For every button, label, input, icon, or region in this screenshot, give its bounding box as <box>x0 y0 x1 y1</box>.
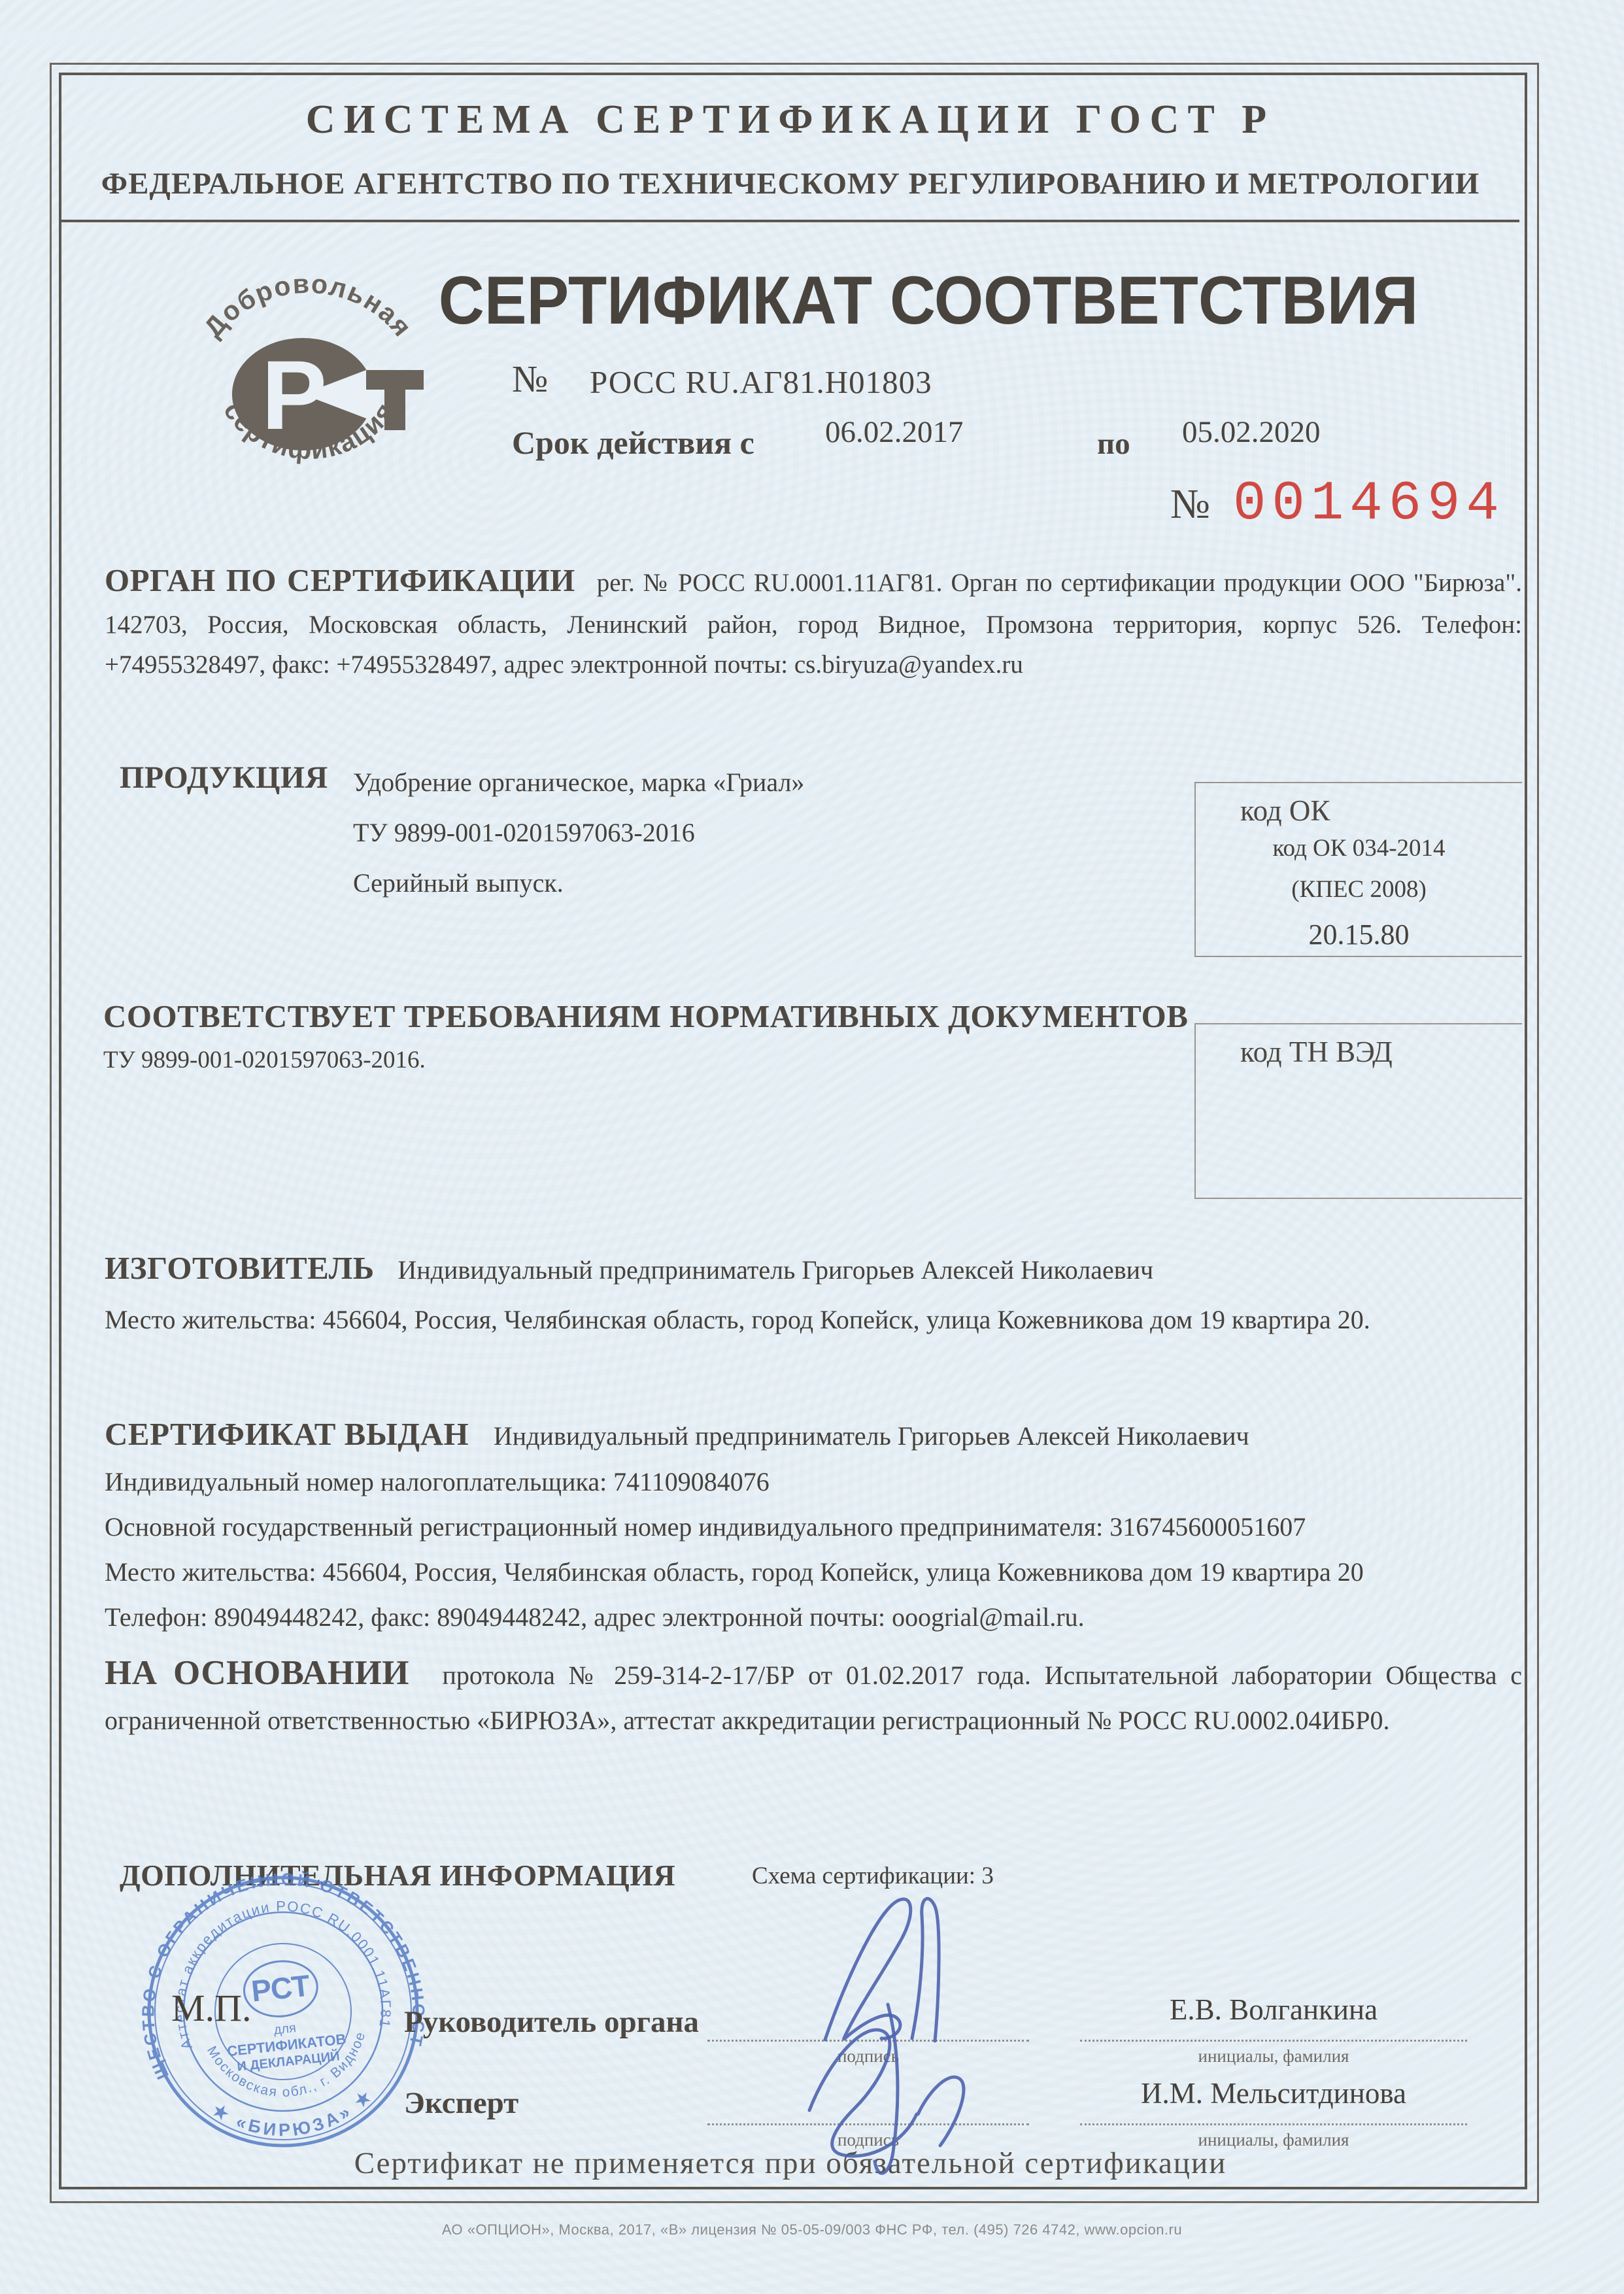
issued-to-section: СЕРТИФИКАТ ВЫДАН Индивидуальный предприн… <box>105 1409 1522 1640</box>
printer-imprint: АО «ОПЦИОН», Москва, 2017, «В» лицензия … <box>0 2221 1624 2238</box>
logo-arc-top: Добровольная <box>198 269 418 343</box>
form-number-sign: № <box>1170 480 1210 528</box>
tnved-code-box: код ТН ВЭД <box>1194 1023 1522 1199</box>
head-of-body-label: Руководитель органа <box>404 2004 699 2040</box>
product-line-1: Удобрение органическое, марка «Гриал» <box>353 757 1177 807</box>
agency-line: ФЕДЕРАЛЬНОЕ АГЕНТСТВО ПО ТЕХНИЧЕСКОМУ РЕ… <box>59 166 1522 201</box>
form-number-value: 0014694 <box>1233 473 1505 535</box>
issued-to-ogrn: Основной государственный регистрационный… <box>105 1504 1522 1549</box>
expert-label: Эксперт <box>404 2085 518 2121</box>
logo-t-bar <box>366 370 424 390</box>
basis-label: НА ОСНОВАНИИ <box>105 1654 429 1692</box>
manufacturer-section: ИЗГОТОВИТЕЛЬ Индивидуальный предпринимат… <box>105 1243 1522 1341</box>
certificate-page: { "document": { "system_line": "СИСТЕМА … <box>0 0 1624 2294</box>
validity-to-label: по <box>1097 426 1130 462</box>
issued-to-address: Место жительства: 456604, Россия, Челяби… <box>105 1549 1522 1594</box>
round-stamp: ОБЩЕСТВО С ОГРАНИЧЕННОЙ ОТВЕТСТВЕННОСТЬЮ… <box>114 1843 452 2181</box>
head-name-line <box>1080 2040 1467 2042</box>
conformity-text: ТУ 9899-001-0201597063-2016. <box>103 1046 426 1074</box>
ok-code-line2: (КПЕС 2008) <box>1196 875 1522 903</box>
svg-text:Добровольная: Добровольная <box>198 269 418 343</box>
manufacturer-address: Место жительства: 456604, Россия, Челяби… <box>105 1300 1522 1340</box>
stamp-place-mark: М.П. <box>171 1986 251 2030</box>
product-lines: Удобрение органическое, марка «Гриал» ТУ… <box>353 757 1177 908</box>
issued-to-inn: Индивидуальный номер налогоплательщика: … <box>105 1459 1522 1504</box>
validity-from-date: 06.02.2017 <box>825 414 964 450</box>
cert-number-sign: № <box>512 357 548 401</box>
expert-name: И.М. Мельситдинова <box>1080 2076 1467 2110</box>
issued-to-lines: Индивидуальный номер налогоплательщика: … <box>105 1459 1522 1640</box>
issued-to-label: СЕРТИФИКАТ ВЫДАН <box>105 1416 487 1452</box>
rst-logo: Добровольная Р сертификация <box>169 254 450 528</box>
head-name: Е.В. Волганкина <box>1080 1993 1467 2027</box>
stamp-center-mark: РСТ <box>250 1968 312 2008</box>
validity-label: Срок действия с <box>512 424 754 462</box>
certification-body-label: ОРГАН ПО СЕРТИФИКАЦИИ <box>105 562 588 598</box>
validity-to-date: 05.02.2020 <box>1182 414 1321 450</box>
document-title: СЕРТИФИКАТ СООТВЕТСТВИЯ <box>412 261 1445 340</box>
issued-to-name: Индивидуальный предприниматель Григорьев… <box>494 1421 1249 1451</box>
basis-section: НА ОСНОВАНИИ протокола № 259-314-2-17/БР… <box>105 1646 1522 1742</box>
product-line-2: ТУ 9899-001-0201597063-2016 <box>353 807 1177 858</box>
issued-to-contacts: Телефон: 89049448242, факс: 89049448242,… <box>105 1594 1522 1640</box>
ok-code-value: 20.15.80 <box>1196 918 1522 951</box>
product-label: ПРОДУКЦИЯ <box>120 760 328 796</box>
product-line-3: Серийный выпуск. <box>353 858 1177 908</box>
head-name-caption: инициалы, фамилия <box>1080 2046 1467 2066</box>
header-divider <box>61 220 1519 222</box>
manufacturer-name: Индивидуальный предприниматель Григорьев… <box>398 1255 1153 1285</box>
certification-body-section: ОРГАН ПО СЕРТИФИКАЦИИ рег. № РОСС RU.000… <box>105 556 1522 685</box>
ok-code-box: код ОК код ОК 034-2014 (КПЕС 2008) 20.15… <box>1194 782 1522 957</box>
ok-code-box-label: код ОК <box>1196 783 1522 828</box>
cert-number-value: РОСС RU.АГ81.Н01803 <box>590 363 932 401</box>
ok-code-line1: код ОК 034-2014 <box>1196 834 1522 862</box>
system-line: СИСТЕМА СЕРТИФИКАЦИИ ГОСТ Р <box>59 97 1522 143</box>
tnved-box-label: код ТН ВЭД <box>1196 1024 1522 1069</box>
expert-name-line <box>1080 2123 1467 2125</box>
stamp-center-line1: для <box>273 2021 297 2037</box>
manufacturer-label: ИЗГОТОВИТЕЛЬ <box>105 1250 392 1286</box>
expert-handwritten-signature <box>778 1993 1013 2182</box>
conformity-label: СООТВЕТСТВУЕТ ТРЕБОВАНИЯМ НОРМАТИВНЫХ ДО… <box>103 998 1188 1035</box>
